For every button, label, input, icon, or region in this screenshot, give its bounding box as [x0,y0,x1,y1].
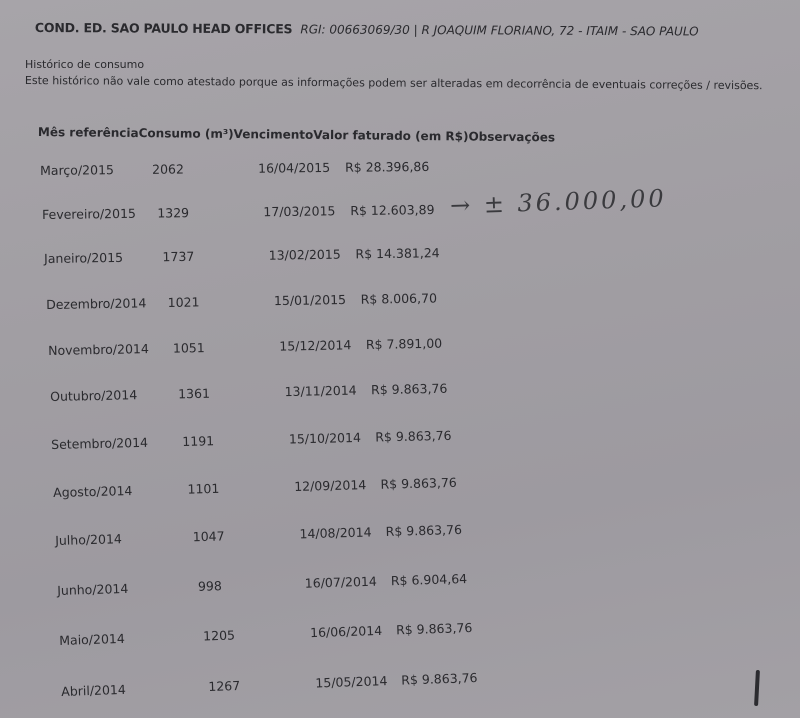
due-date-cell: 15/01/2015 [274,292,346,308]
month-cell: Junho/2014 [57,581,129,598]
value-cell: R$ 14.381,24 [355,246,439,262]
month-cell: Outubro/2014 [50,387,137,404]
consumption-cell: 1267 [208,678,240,694]
month-cell: Janeiro/2015 [44,250,123,266]
month-cell: Março/2015 [40,162,114,178]
handwritten-mark [754,670,760,706]
disclaimer-text: Este histórico não vale como atestado po… [25,74,795,93]
value-cell: R$ 8.006,70 [360,290,437,306]
month-cell: Agosto/2014 [53,483,133,500]
value-cell: R$ 9.863,76 [370,381,447,398]
value-cell: R$ 12.603,89 [350,202,434,218]
table-header: Mês referênciaConsumo (m³)VencimentoValo… [38,125,555,144]
consumption-cell: 1191 [183,433,215,449]
due-date-cell: 15/10/2014 [289,429,361,446]
consumption-cell: 1361 [177,386,209,402]
value-cell: R$ 28.396,86 [345,159,429,175]
col-month: Mês referência [38,125,139,140]
value-cell: R$ 7.891,00 [365,335,442,351]
consumption-cell: 1021 [167,294,199,310]
col-due-date: Vencimento [234,127,314,142]
organization-name: COND. ED. SAO PAULO HEAD OFFICES [35,20,293,36]
due-date-cell: 12/09/2014 [294,477,366,494]
month-cell: Maio/2014 [59,631,125,648]
consumption-cell: 1047 [193,529,225,545]
value-cell: R$ 6.904,64 [391,571,468,588]
month-cell: Dezembro/2014 [46,295,146,312]
due-date-cell: 16/04/2015 [258,160,330,176]
value-cell: R$ 9.863,76 [381,474,458,491]
consumption-cell: 1329 [157,205,189,220]
consumption-cell: 998 [198,578,222,594]
value-cell: R$ 9.863,76 [375,427,452,444]
due-date-cell: 15/05/2014 [315,673,388,690]
account-address: RGI: 00663069/30 | R JOAQUIM FLORIANO, 7… [300,22,698,38]
due-date-cell: 16/07/2014 [305,573,377,590]
consumption-cell: 1205 [203,627,235,643]
due-date-cell: 13/11/2014 [284,383,356,400]
col-consumption: Consumo (m³) [139,126,234,141]
due-date-cell: 13/02/2015 [268,247,340,263]
value-cell: R$ 9.863,76 [401,670,478,688]
col-observations: Observações [468,130,555,145]
section-title: Histórico de consumo [25,58,144,71]
consumption-cell: 2062 [152,161,184,176]
document-header: COND. ED. SAO PAULO HEAD OFFICES RGI: 00… [35,20,699,38]
due-date-cell: 17/03/2015 [263,203,335,219]
value-cell: R$ 9.863,76 [386,522,463,539]
due-date-cell: 14/08/2014 [299,525,371,542]
month-cell: Novembro/2014 [48,341,149,358]
consumption-cell: 1051 [172,340,204,356]
col-value: Valor faturado (em R$) [313,128,468,144]
due-date-cell: 15/12/2014 [279,337,351,353]
due-date-cell: 16/06/2014 [310,623,382,640]
scanned-document: COND. ED. SAO PAULO HEAD OFFICES RGI: 00… [0,0,800,718]
value-cell: R$ 9.863,76 [396,620,473,637]
consumption-cell: 1737 [162,249,194,264]
handwritten-note: → ± 36.000,00 [450,184,667,220]
month-cell: Abril/2014 [61,682,126,699]
month-cell: Setembro/2014 [51,434,148,451]
consumption-cell: 1101 [188,480,220,496]
month-cell: Julho/2014 [55,532,122,549]
month-cell: Fevereiro/2015 [42,206,136,222]
